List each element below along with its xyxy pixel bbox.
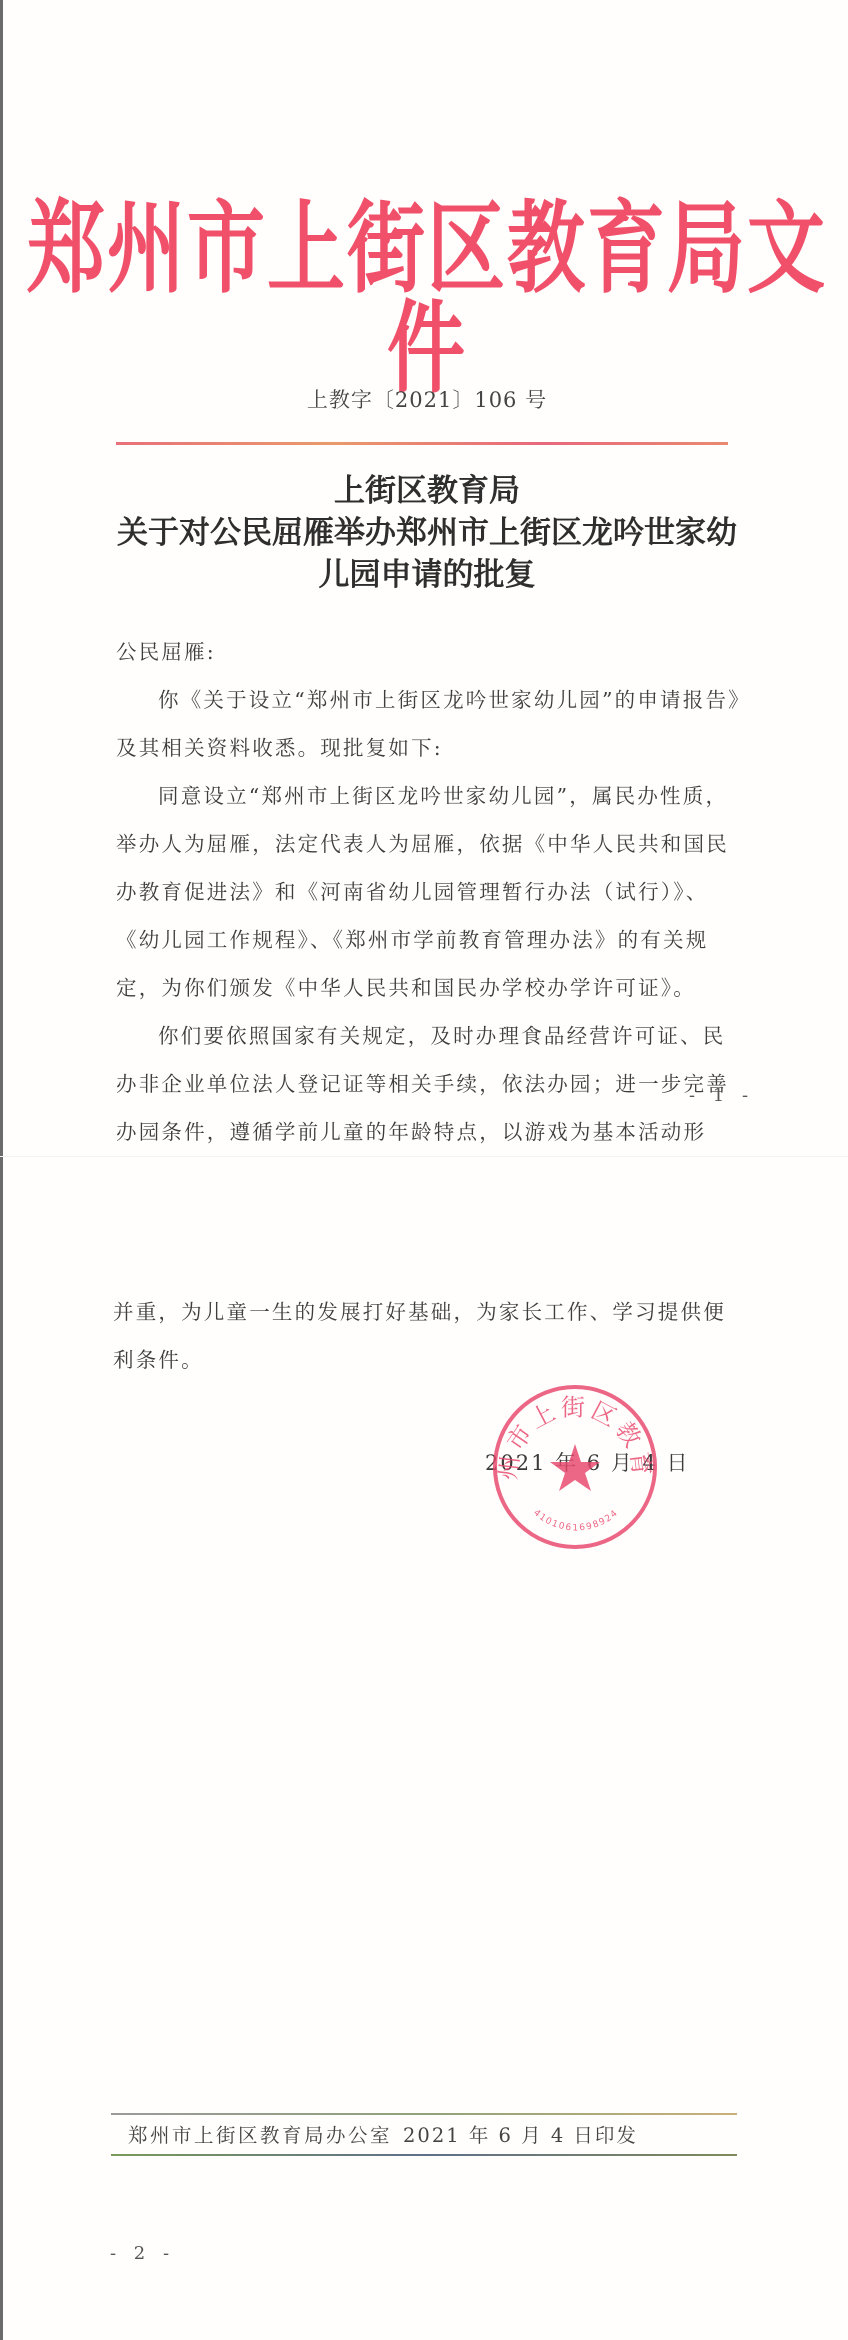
red-divider-line: [116, 442, 728, 445]
title-line-2: 关于对公民屈雁举办郑州市上街区龙吟世家幼: [3, 512, 848, 554]
title-line-1: 上街区教育局: [3, 470, 848, 512]
footer-bottom-rule: [111, 2154, 737, 2156]
salutation: 公民屈雁:: [116, 628, 742, 676]
footer-issuer: 郑州市上街区教育局办公室: [128, 2120, 392, 2148]
body-page-1: 公民屈雁: 你《关于设立“郑州市上街区龙吟世家幼儿园”的申请报告》及其相关资料收…: [116, 628, 742, 1204]
page-1: 郑州市上街区教育局文件 上教字〔2021〕106 号 上街区教育局 关于对公民屈…: [0, 0, 848, 1157]
body-page-2: 并重，为儿童一生的发展打好基础，为家长工作、学习提供便利条件。: [113, 1288, 739, 1384]
seal-code: 4101061698924: [531, 1508, 621, 1533]
footer-issue-date: 2021 年 6 月 4 日印发: [403, 2120, 638, 2148]
document-number: 上教字〔2021〕106 号: [3, 384, 848, 414]
page-number-2: - 2 -: [110, 2243, 175, 2264]
paragraph-3-continued: 并重，为儿童一生的发展打好基础，为家长工作、学习提供便利条件。: [113, 1288, 739, 1384]
paragraph-1: 你《关于设立“郑州市上街区龙吟世家幼儿园”的申请报告》及其相关资料收悉。现批复如…: [116, 676, 742, 772]
paragraph-2: 同意设立“郑州市上街区龙吟世家幼儿园”，属民办性质，举办人为屈雁，法定代表人为屈…: [116, 772, 742, 1012]
footer-top-rule: [111, 2113, 737, 2115]
document-title: 上街区教育局 关于对公民屈雁举办郑州市上街区龙吟世家幼 儿园申请的批复: [3, 470, 848, 596]
svg-text:4101061698924: 4101061698924: [531, 1508, 621, 1533]
masthead-title: 郑州市上街区教育局文件: [3, 200, 848, 400]
official-seal-icon: 郑州市上街区教育局 4101061698924: [490, 1382, 660, 1552]
title-line-3: 儿园申请的批复: [3, 554, 848, 596]
page-number-1: - 1 -: [689, 1085, 754, 1106]
